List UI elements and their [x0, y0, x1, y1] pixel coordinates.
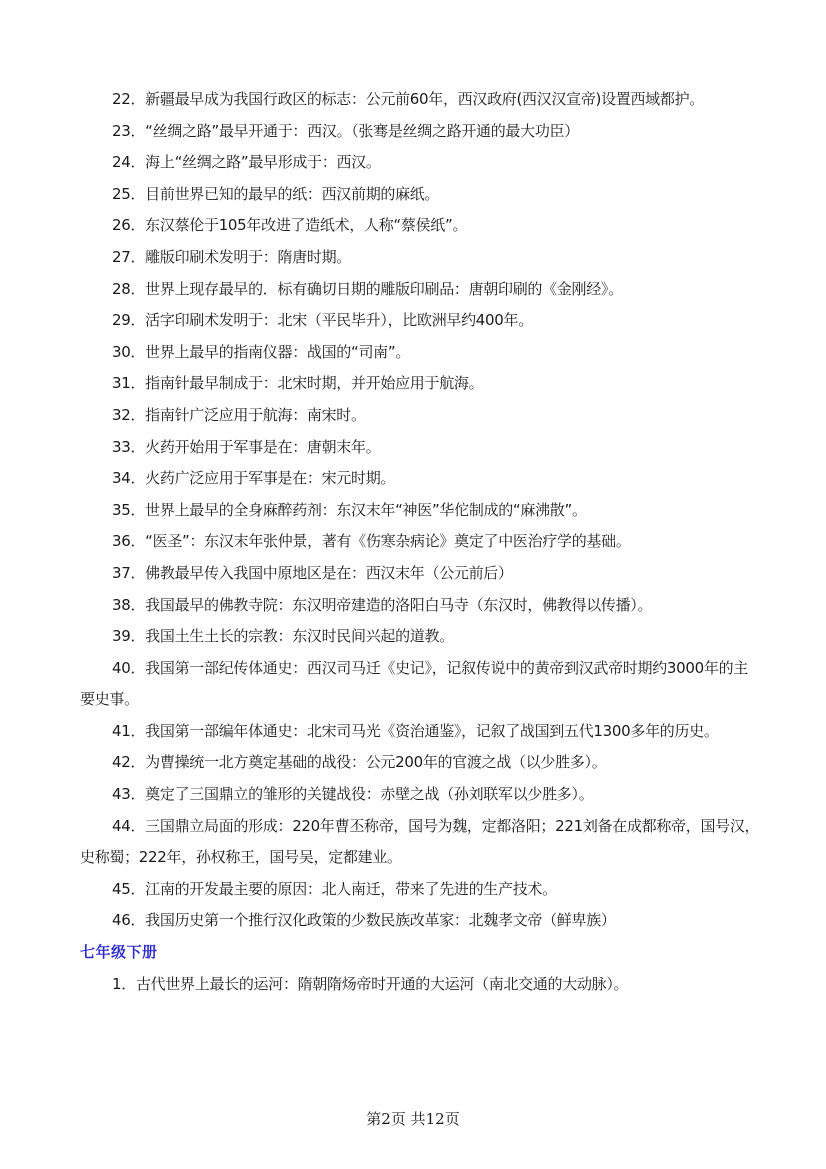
list-item: 25．目前世界已知的最早的纸：西汉前期的麻纸。: [80, 179, 760, 211]
section-heading: 七年级下册: [80, 937, 760, 969]
list-item: 1．古代世界上最长的运河：隋朝隋炀帝时开通的大运河（南北交通的大动脉）。: [80, 969, 760, 1001]
list-item: 27．雕版印刷术发明于：隋唐时期。: [80, 242, 760, 274]
list-item: 37．佛教最早传入我国中原地区是在：西汉末年（公元前后）: [80, 558, 760, 590]
list-item: 42．为曹操统一北方奠定基础的战役：公元200年的官渡之战（以少胜多）。: [80, 747, 760, 779]
list-item: 39．我国土生土长的宗教：东汉时民间兴起的道教。: [80, 621, 760, 653]
list-item: 40．我国第一部纪传体通史：西汉司马迁《史记》，记叙传说中的黄帝到汉武帝时期约3…: [80, 653, 760, 716]
document-body: 22．新疆最早成为我国行政区的标志：公元前60年，西汉政府(西汉汉宣帝)设置西域…: [80, 84, 760, 1000]
list-item: 33．火药开始用于军事是在：唐朝末年。: [80, 432, 760, 464]
list-item: 34．火药广泛应用于军事是在：宋元时期。: [80, 463, 760, 495]
list-item: 36．“医圣”：东汉末年张仲景，著有《伤寒杂病论》奠定了中医治疗学的基础。: [80, 526, 760, 558]
list-item: 30．世界上最早的指南仪器：战国的“司南”。: [80, 337, 760, 369]
page-footer: 第2页 共12页: [0, 1108, 826, 1129]
list-item: 41．我国第一部编年体通史：北宋司马光《资治通鉴》，记叙了战国到五代1300多年…: [80, 716, 760, 748]
list-item: 45．江南的开发最主要的原因：北人南迁，带来了先进的生产技术。: [80, 874, 760, 906]
list-item: 23．“丝绸之路”最早开通于：西汉。（张骞是丝绸之路开通的最大功臣）: [80, 116, 760, 148]
list-item: 32．指南针广泛应用于航海：南宋时。: [80, 400, 760, 432]
list-item: 44．三国鼎立局面的形成：220年曹丕称帝，国号为魏，定都洛阳；221刘备在成都…: [80, 811, 760, 874]
list-item: 28．世界上现存最早的．标有确切日期的雕版印刷品：唐朝印刷的《金刚经》。: [80, 274, 760, 306]
list-item: 24．海上“丝绸之路”最早形成于：西汉。: [80, 147, 760, 179]
list-item: 46．我国历史第一个推行汉化政策的少数民族改革家：北魏孝文帝（鲜卑族）: [80, 905, 760, 937]
list-item: 38．我国最早的佛教寺院：东汉明帝建造的洛阳白马寺（东汉时，佛教得以传播）。: [80, 590, 760, 622]
list-item: 35．世界上最早的全身麻醉药剂：东汉末年“神医”华佗制成的“麻沸散”。: [80, 495, 760, 527]
list-item: 43．奠定了三国鼎立的雏形的关键战役：赤壁之战（孙刘联军以少胜多）。: [80, 779, 760, 811]
list-item: 31．指南针最早制成于：北宋时期，并开始应用于航海。: [80, 368, 760, 400]
list-item: 22．新疆最早成为我国行政区的标志：公元前60年，西汉政府(西汉汉宣帝)设置西域…: [80, 84, 760, 116]
list-item: 29．活字印刷术发明于：北宋（平民毕升），比欧洲早约400年。: [80, 305, 760, 337]
list-item: 26．东汉蔡伦于105年改进了造纸术，人称“蔡侯纸”。: [80, 210, 760, 242]
